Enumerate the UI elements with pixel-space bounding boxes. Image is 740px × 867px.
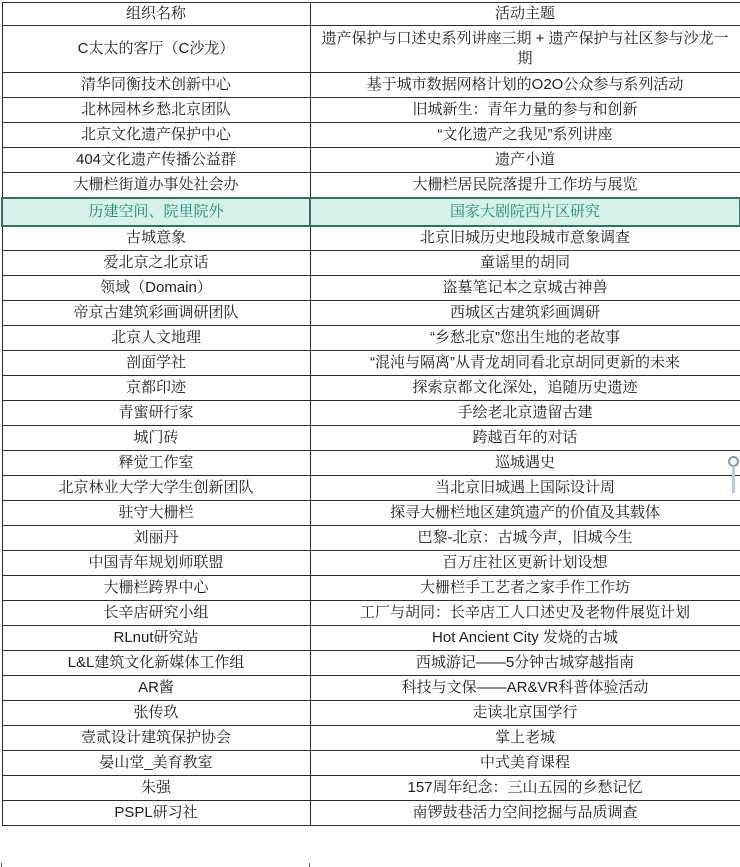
activity-theme-cell: 南锣鼓巷活力空间挖掘与品质调查 xyxy=(310,801,740,826)
table-header: 组织名称 活动主题 xyxy=(2,3,740,26)
table-row: 古城意象北京旧城历史地段城市意象调查 xyxy=(2,226,740,251)
org-name-cell: L&L建筑文化新媒体工作组 xyxy=(2,651,310,676)
table-row: 朱强157周年纪念：三山五园的乡愁记忆 xyxy=(2,776,740,801)
activity-theme-cell: 工厂与胡同：长辛店工人口述史及老物件展览计划 xyxy=(310,601,740,626)
activity-theme-cell: 西城区古建筑彩画调研 xyxy=(310,301,740,326)
table-row: 清华同衡技术创新中心基于城市数据网格计划的O2O公众参与系列活动 xyxy=(2,73,740,98)
header-activity-theme: 活动主题 xyxy=(310,3,740,26)
table-row: 城门砖跨越百年的对话 xyxy=(2,426,740,451)
org-name-cell: 晏山堂_美育教室 xyxy=(2,751,310,776)
activity-theme-cell: 157周年纪念：三山五园的乡愁记忆 xyxy=(310,776,740,801)
activity-theme-cell: 当北京旧城遇上国际设计周 xyxy=(310,476,740,501)
table-row: C太太的客厅（C沙龙）遗产保护与口述史系列讲座三期 + 遗产保护与社区参与沙龙一… xyxy=(2,26,740,73)
activity-theme-cell: 掌上老城 xyxy=(310,726,740,751)
org-name-cell: 领域（Domain） xyxy=(2,276,310,301)
table-row: 张传玖走读北京国学行 xyxy=(2,701,740,726)
org-name-cell: 驻守大栅栏 xyxy=(2,501,310,526)
header-row: 组织名称 活动主题 xyxy=(2,3,740,26)
org-name-cell: 京都印迹 xyxy=(2,376,310,401)
org-name-cell: PSPL研习社 xyxy=(2,801,310,826)
activity-theme-cell: 探寻大栅栏地区建筑遗产的价值及其载体 xyxy=(310,501,740,526)
org-name-cell: 北京林业大学大学生创新团队 xyxy=(2,476,310,501)
org-name-cell: 爱北京之北京话 xyxy=(2,251,310,276)
table-row: 晏山堂_美育教室中式美育课程 xyxy=(2,751,740,776)
table-row: 北京文化遗产保护中心“文化遗产之我见”系列讲座 xyxy=(2,123,740,148)
table-row: 壹贰设计建筑保护协会掌上老城 xyxy=(2,726,740,751)
table-row: 刘丽丹巴黎-北京：古城今声，旧城今生 xyxy=(2,526,740,551)
org-name-cell: 青蜜研行家 xyxy=(2,401,310,426)
activity-theme-cell: 百万庄社区更新计划设想 xyxy=(310,551,740,576)
activity-theme-cell: 盗墓笔记本之京城古神兽 xyxy=(310,276,740,301)
table-row: 北林园林乡愁北京团队旧城新生：青年力量的参与和创新 xyxy=(2,98,740,123)
table-grid-stub xyxy=(309,863,310,867)
table-row: L&L建筑文化新媒体工作组西城游记——5分钟古城穿越指南 xyxy=(2,651,740,676)
table-row: 帝京古建筑彩画调研团队西城区古建筑彩画调研 xyxy=(2,301,740,326)
org-name-cell: 朱强 xyxy=(2,776,310,801)
table-row: 历建空间、院里院外国家大剧院西片区研究 xyxy=(2,198,740,226)
org-name-cell: 剖面学社 xyxy=(2,351,310,376)
table-row: 领域（Domain）盗墓笔记本之京城古神兽 xyxy=(2,276,740,301)
activity-theme-cell: 基于城市数据网格计划的O2O公众参与系列活动 xyxy=(310,73,740,98)
table-grid-stub xyxy=(1,863,2,867)
activity-theme-cell: 大栅栏手工艺者之家手作工作坊 xyxy=(310,576,740,601)
activity-table: 组织名称 活动主题 C太太的客厅（C沙龙）遗产保护与口述史系列讲座三期 + 遗产… xyxy=(1,2,740,826)
table-row: 驻守大栅栏探寻大栅栏地区建筑遗产的价值及其载体 xyxy=(2,501,740,526)
activity-theme-cell: 童谣里的胡同 xyxy=(310,251,740,276)
org-name-cell: 清华同衡技术创新中心 xyxy=(2,73,310,98)
org-name-cell: 大栅栏街道办事处社会办 xyxy=(2,173,310,198)
table-row: 青蜜研行家手绘老北京遗留古建 xyxy=(2,401,740,426)
activity-theme-cell: Hot Ancient City 发烧的古城 xyxy=(310,626,740,651)
text-selection-handle-icon[interactable] xyxy=(726,456,740,496)
org-name-cell: 长辛店研究小组 xyxy=(2,601,310,626)
activity-theme-cell: “文化遗产之我见”系列讲座 xyxy=(310,123,740,148)
org-name-cell: 历建空间、院里院外 xyxy=(2,198,310,226)
table-row: 大栅栏跨界中心大栅栏手工艺者之家手作工作坊 xyxy=(2,576,740,601)
org-name-cell: 北林园林乡愁北京团队 xyxy=(2,98,310,123)
table-row: 北京人文地理“乡愁北京”您出生地的老故事 xyxy=(2,326,740,351)
table-body: C太太的客厅（C沙龙）遗产保护与口述史系列讲座三期 + 遗产保护与社区参与沙龙一… xyxy=(2,26,740,826)
org-name-cell: 北京人文地理 xyxy=(2,326,310,351)
table-row: RLnut研究站Hot Ancient City 发烧的古城 xyxy=(2,626,740,651)
table-row: 爱北京之北京话童谣里的胡同 xyxy=(2,251,740,276)
org-name-cell: 张传玖 xyxy=(2,701,310,726)
activity-theme-cell: 巡城遇史 xyxy=(310,451,740,476)
activity-theme-cell: 旧城新生：青年力量的参与和创新 xyxy=(310,98,740,123)
table-row: 长辛店研究小组工厂与胡同：长辛店工人口述史及老物件展览计划 xyxy=(2,601,740,626)
org-name-cell: 北京文化遗产保护中心 xyxy=(2,123,310,148)
org-name-cell: 刘丽丹 xyxy=(2,526,310,551)
activity-theme-cell: 遗产保护与口述史系列讲座三期 + 遗产保护与社区参与沙龙一期 xyxy=(310,26,740,73)
org-name-cell: 城门砖 xyxy=(2,426,310,451)
table-row: 404文化遗产传播公益群遗产小道 xyxy=(2,148,740,173)
org-name-cell: 中国青年规划师联盟 xyxy=(2,551,310,576)
activity-theme-cell: 走读北京国学行 xyxy=(310,701,740,726)
activity-theme-cell: 巴黎-北京：古城今声，旧城今生 xyxy=(310,526,740,551)
table-row: PSPL研习社南锣鼓巷活力空间挖掘与品质调查 xyxy=(2,801,740,826)
table-row: 中国青年规划师联盟百万庄社区更新计划设想 xyxy=(2,551,740,576)
activity-theme-cell: 西城游记——5分钟古城穿越指南 xyxy=(310,651,740,676)
activity-theme-cell: 跨越百年的对话 xyxy=(310,426,740,451)
activity-theme-cell: 国家大剧院西片区研究 xyxy=(310,198,740,226)
table-row: 剖面学社“混沌与隔离”从青龙胡同看北京胡同更新的未来 xyxy=(2,351,740,376)
activity-theme-cell: 手绘老北京遗留古建 xyxy=(310,401,740,426)
selection-grabber-line xyxy=(732,466,735,493)
table-row: AR酱科技与文保——AR&VR科普体验活动 xyxy=(2,676,740,701)
table-row: 京都印迹探索京都文化深处，追随历史遗迹 xyxy=(2,376,740,401)
org-name-cell: C太太的客厅（C沙龙） xyxy=(2,26,310,73)
activity-theme-cell: “混沌与隔离”从青龙胡同看北京胡同更新的未来 xyxy=(310,351,740,376)
activity-theme-cell: 北京旧城历史地段城市意象调查 xyxy=(310,226,740,251)
table-row: 释觉工作室巡城遇史 xyxy=(2,451,740,476)
activity-theme-cell: “乡愁北京”您出生地的老故事 xyxy=(310,326,740,351)
org-name-cell: RLnut研究站 xyxy=(2,626,310,651)
org-name-cell: 释觉工作室 xyxy=(2,451,310,476)
org-name-cell: 404文化遗产传播公益群 xyxy=(2,148,310,173)
activity-theme-cell: 大栅栏居民院落提升工作坊与展览 xyxy=(310,173,740,198)
org-name-cell: 壹贰设计建筑保护协会 xyxy=(2,726,310,751)
org-name-cell: 大栅栏跨界中心 xyxy=(2,576,310,601)
activity-theme-cell: 遗产小道 xyxy=(310,148,740,173)
activity-theme-cell: 中式美育课程 xyxy=(310,751,740,776)
activity-theme-cell: 科技与文保——AR&VR科普体验活动 xyxy=(310,676,740,701)
activity-theme-cell: 探索京都文化深处，追随历史遗迹 xyxy=(310,376,740,401)
table-row: 大栅栏街道办事处社会办大栅栏居民院落提升工作坊与展览 xyxy=(2,173,740,198)
header-org-name: 组织名称 xyxy=(2,3,310,26)
org-name-cell: 帝京古建筑彩画调研团队 xyxy=(2,301,310,326)
table-row: 北京林业大学大学生创新团队当北京旧城遇上国际设计周 xyxy=(2,476,740,501)
org-name-cell: 古城意象 xyxy=(2,226,310,251)
org-name-cell: AR酱 xyxy=(2,676,310,701)
page: 组织名称 活动主题 C太太的客厅（C沙龙）遗产保护与口述史系列讲座三期 + 遗产… xyxy=(0,2,740,867)
